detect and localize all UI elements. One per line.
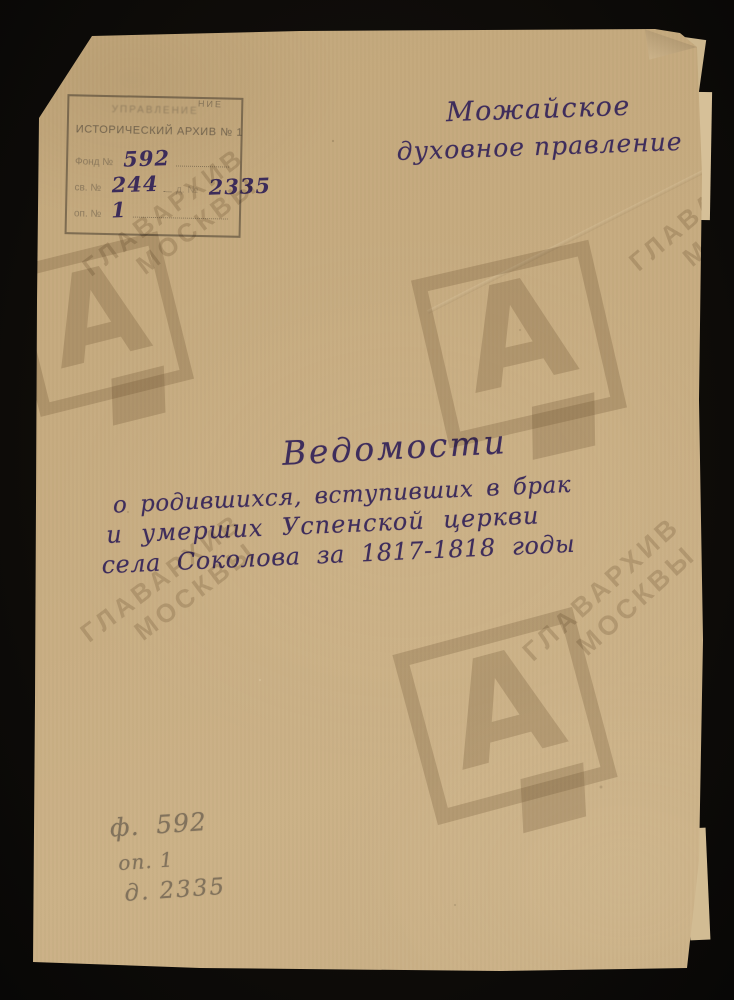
logo-tab <box>520 763 586 834</box>
pencil-archive-reference: ф. 592 оп. 1 д. 2335 <box>101 806 227 908</box>
delo-pencil: д. 2335 <box>124 874 227 907</box>
stamp-rows: Фонд № 592 св. № 244 д. № 2335 оп. № 1 <box>74 144 234 225</box>
logo-tab <box>532 392 595 459</box>
svyazka-label: св. № <box>74 182 101 194</box>
fond-label: Фонд № <box>75 156 113 168</box>
archive-stamp: УПРАВЛЕНИЕ ИСТОРИЧЕСКИЙ АРХИВ № 1 Фонд №… <box>65 94 244 238</box>
stamp-row-sv-delo: св. № 244 д. № 2335 <box>74 170 233 199</box>
folder-cover-page: УПРАВЛЕНИЕ ИСТОРИЧЕСКИЙ АРХИВ № 1 Фонд №… <box>0 0 734 1000</box>
fond-pencil: ф. 592 <box>109 806 222 843</box>
delo-value: 2335 <box>208 173 271 200</box>
opis-value: 1 <box>111 197 127 222</box>
stamp-bleed-fragment: НИЕ <box>198 99 223 110</box>
stamp-header: ИСТОРИЧЕСКИЙ АРХИВ № 1 <box>76 123 234 138</box>
logo-tab <box>111 366 165 426</box>
dotted-line <box>176 165 229 167</box>
logo-letter-a: А <box>430 624 575 792</box>
glavarhiv-logo-watermark: А <box>4 231 194 417</box>
institution-handwriting: Можайское духовное правление <box>371 88 707 167</box>
institution-line2: духовное правление <box>372 126 707 167</box>
logo-frame <box>392 607 617 825</box>
delo-label: д. № <box>176 184 198 195</box>
document-subtitle-handwriting: о родившихся, вступивших в брак и умерши… <box>96 467 689 580</box>
document-title-handwriting: Ведомости <box>281 422 508 473</box>
logo-letter-a: А <box>36 245 159 389</box>
institution-line1: Можайское <box>371 88 706 131</box>
glavarhiv-logo-watermark: А <box>411 240 627 449</box>
dotted-line <box>133 217 228 220</box>
glavarhiv-logo-watermark: А <box>392 607 617 825</box>
dotted-line <box>164 191 172 192</box>
paper-crease <box>427 160 723 313</box>
stamp-row-opis: оп. № 1 <box>74 196 233 225</box>
folded-corner <box>644 28 697 61</box>
logo-letter-a: А <box>449 255 586 416</box>
opis-pencil: оп. 1 <box>117 844 224 875</box>
logo-frame <box>4 231 194 417</box>
logo-frame <box>411 240 627 449</box>
svyazka-value: 244 <box>111 171 159 197</box>
fond-value: 592 <box>123 145 171 171</box>
document-scan: УПРАВЛЕНИЕ ИСТОРИЧЕСКИЙ АРХИВ № 1 Фонд №… <box>0 0 734 1000</box>
stamp-row-fond: Фонд № 592 <box>75 144 234 173</box>
opis-label: оп. № <box>74 208 101 220</box>
